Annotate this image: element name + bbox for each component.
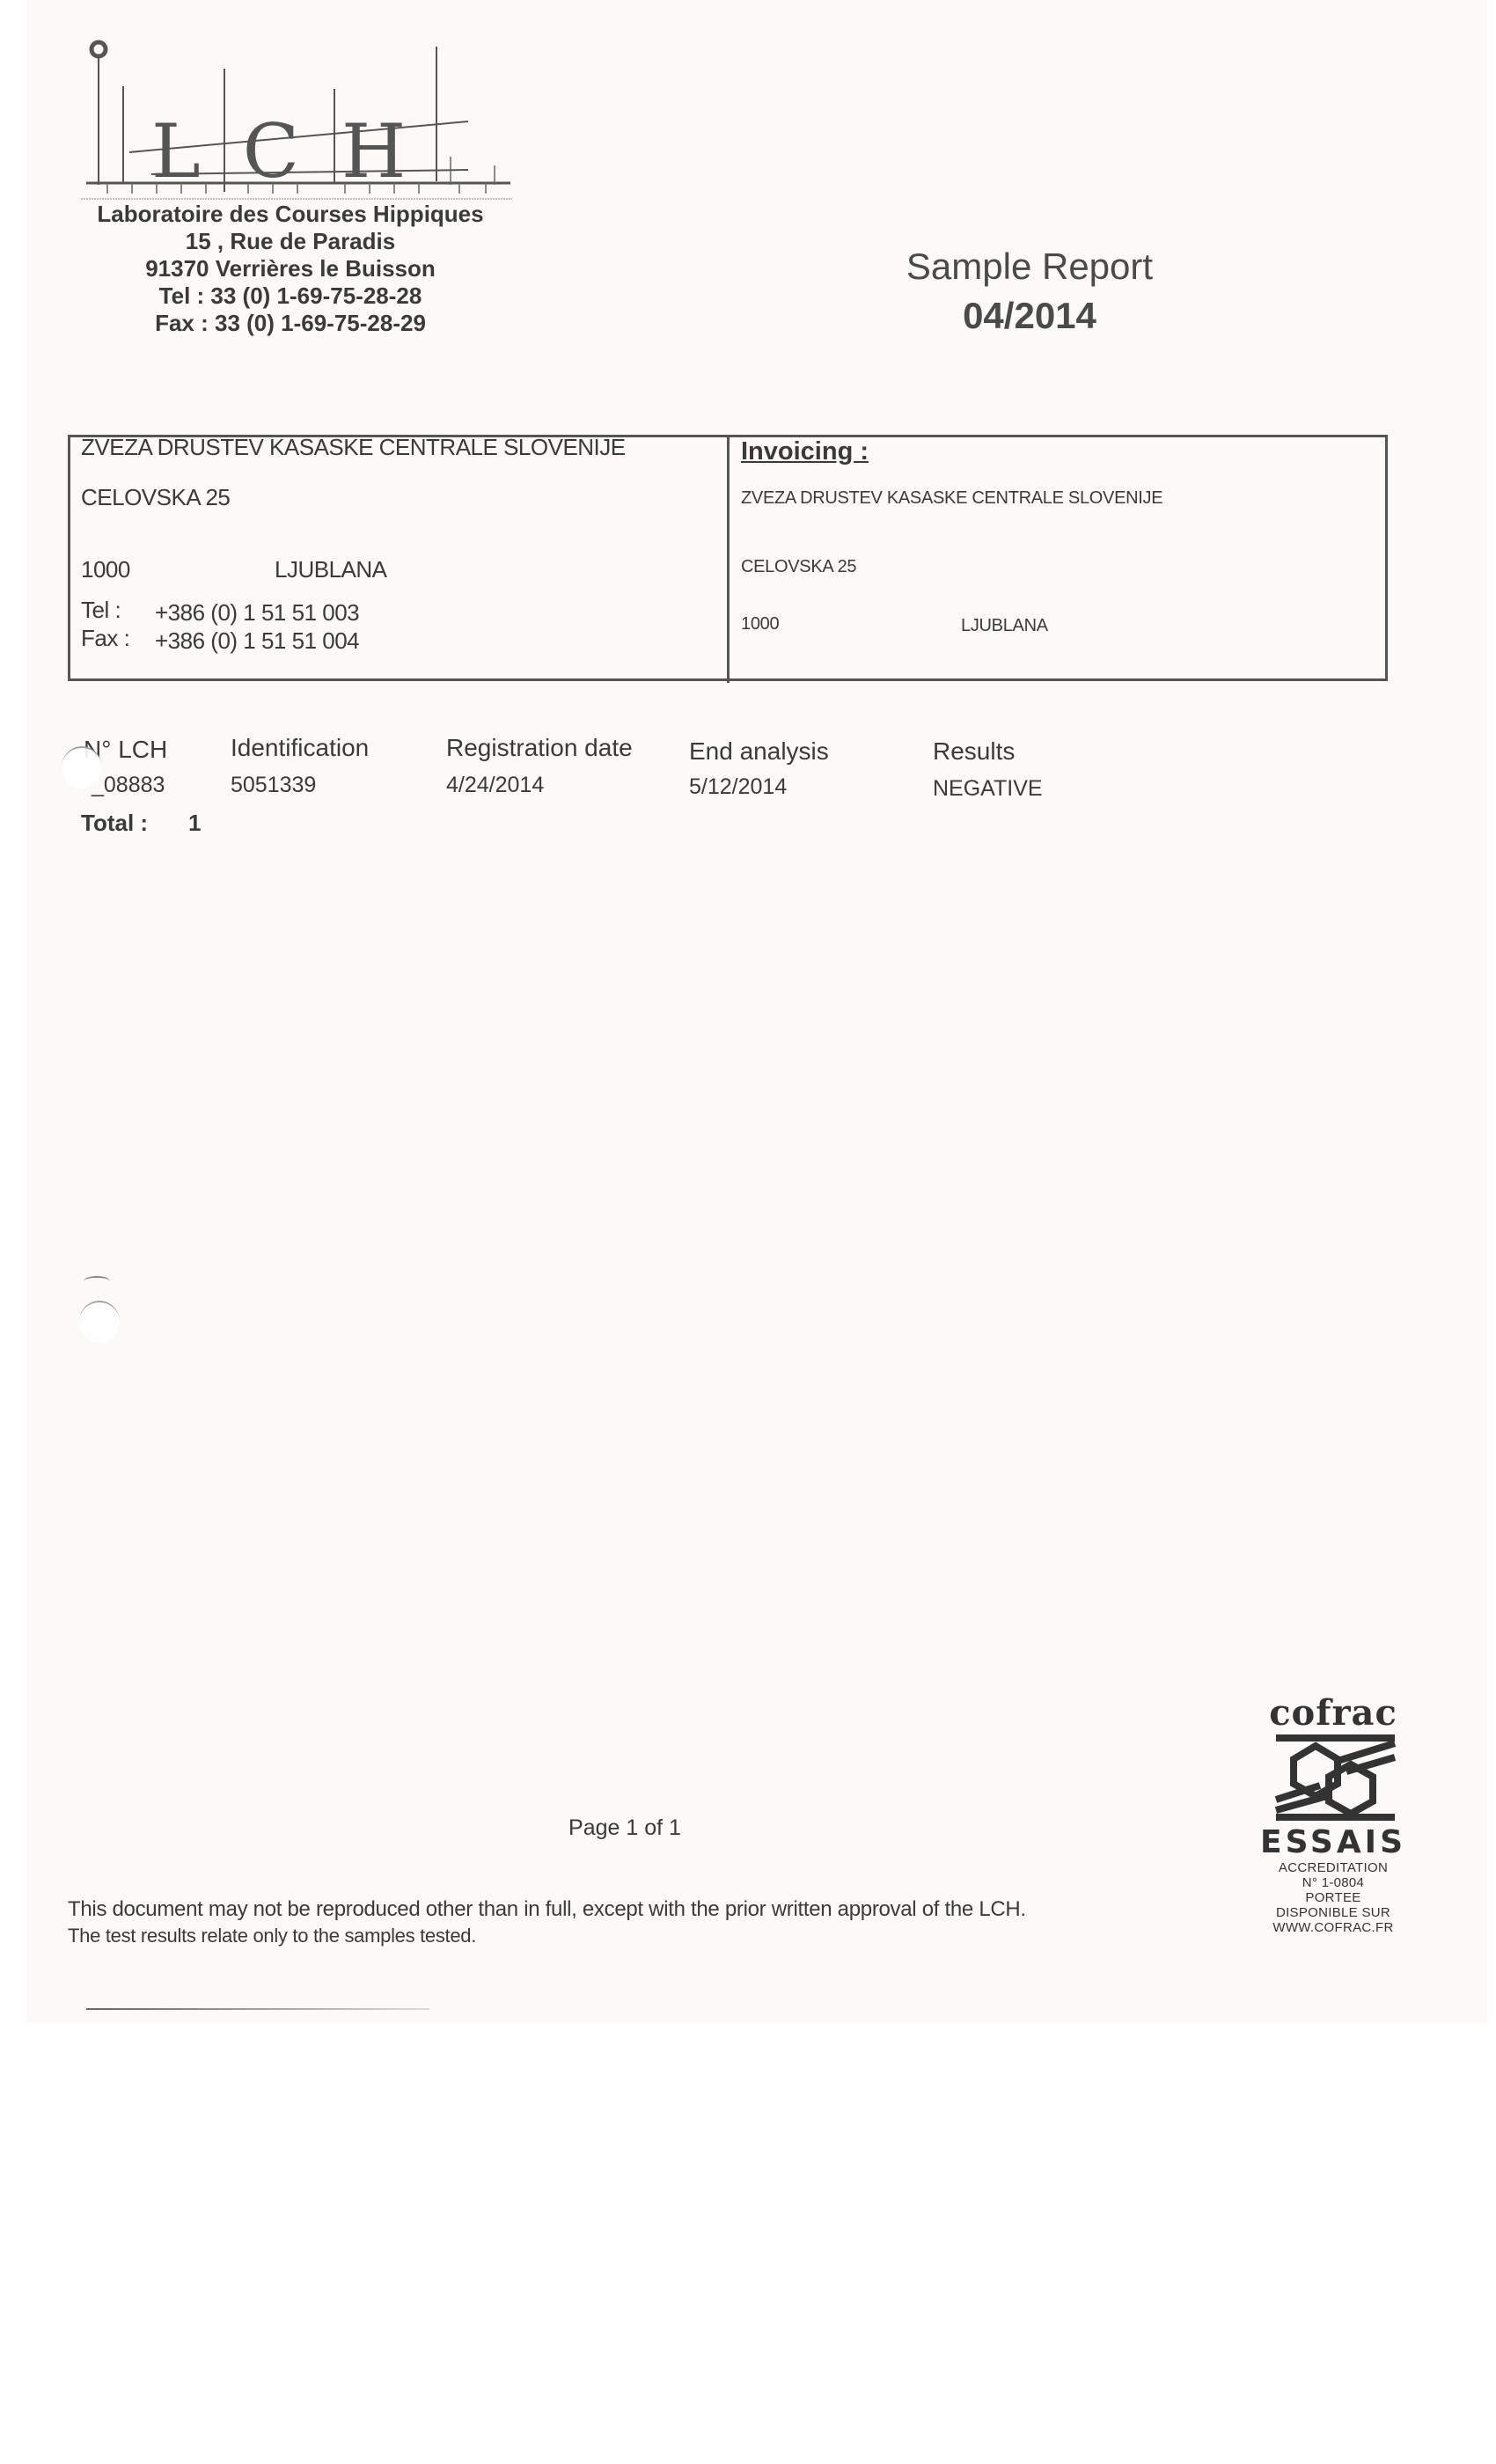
disclaimer: This document may not be reproduced othe… (68, 1896, 1026, 1949)
cell-results: NEGATIVE (933, 776, 1043, 802)
disclaimer-line-2: The test results relate only to the samp… (68, 1923, 1026, 1949)
invoicing-name: ZVEZA DRUSTEV KASASKE CENTRALE SLOVENIJE (741, 488, 1162, 509)
footer-rule (86, 2008, 429, 2010)
punch-hole-mark (79, 1301, 120, 1343)
customer-tel-label: Tel : (81, 597, 121, 624)
col-header-results: Results (933, 737, 1015, 766)
customer-city: LJUBLANA (275, 556, 387, 583)
accreditation-line-3: PORTEE (1254, 1890, 1412, 1905)
col-header-registration-date: Registration date (446, 734, 633, 762)
customer-name: ZVEZA DRUSTEV KASASKE CENTRALE SLOVENIJE (81, 434, 626, 461)
invoicing-street: CELOVSKA 25 (741, 557, 856, 577)
disclaimer-line-1: This document may not be reproduced othe… (68, 1896, 1026, 1923)
cell-identification: 5051339 (231, 773, 316, 798)
customer-fax-label: Fax : (81, 625, 129, 652)
cofrac-accreditation: cofrac ESSAIS ACCREDITATION N° 1-0804 PO… (1254, 1694, 1412, 1935)
customer-fax: +386 (0) 1 51 51 004 (155, 627, 359, 655)
punch-hole-mark (84, 1276, 110, 1287)
lab-tel: Tel : 33 (0) 1-69-75-28-28 (70, 282, 510, 310)
invoicing-postcode: 1000 (741, 614, 779, 634)
lab-city: 91370 Verrières le Buisson (70, 255, 510, 282)
punch-hole-mark (62, 746, 102, 788)
cell-end-analysis: 5/12/2014 (689, 774, 787, 800)
cell-lch-number: _08883 (92, 773, 165, 798)
cofrac-hexagon-icon (1267, 1733, 1399, 1821)
accreditation-line-1: ACCREDITATION (1254, 1860, 1412, 1875)
lab-fax: Fax : 33 (0) 1-69-75-28-29 (70, 310, 510, 337)
accreditation-url: WWW.COFRAC.FR (1254, 1920, 1412, 1935)
lab-address: Laboratoire des Courses Hippiques 15 , R… (70, 201, 510, 337)
lch-logo: LCH (81, 33, 512, 201)
customer-tel: +386 (0) 1 51 51 003 (155, 599, 359, 627)
total-label: Total : (81, 810, 148, 837)
invoicing-city: LJUBLANA (961, 616, 1048, 636)
cofrac-wordmark: cofrac (1254, 1694, 1412, 1733)
cell-registration-date: 4/24/2014 (446, 773, 544, 798)
customer-postcode: 1000 (81, 556, 130, 583)
report-heading: Sample Report 04/2014 (845, 242, 1214, 341)
address-divider (727, 435, 730, 683)
invoicing-title: Invoicing : (741, 437, 869, 466)
col-header-end-analysis: End analysis (689, 737, 829, 766)
customer-street: CELOVSKA 25 (81, 484, 230, 511)
lab-street: 15 , Rue de Paradis (70, 228, 510, 255)
accreditation-line-4: DISPONIBLE SUR (1254, 1905, 1412, 1920)
page-number: Page 1 of 1 (493, 1815, 757, 1841)
svg-text:LCH: LCH (151, 108, 448, 194)
accreditation-number: N° 1-0804 (1254, 1875, 1412, 1890)
col-header-identification: Identification (231, 734, 369, 762)
report-period: 04/2014 (845, 291, 1214, 341)
lab-name: Laboratoire des Courses Hippiques (70, 201, 510, 228)
total-value: 1 (188, 810, 201, 837)
report-title: Sample Report (845, 242, 1214, 291)
cofrac-essais: ESSAIS (1254, 1825, 1412, 1860)
